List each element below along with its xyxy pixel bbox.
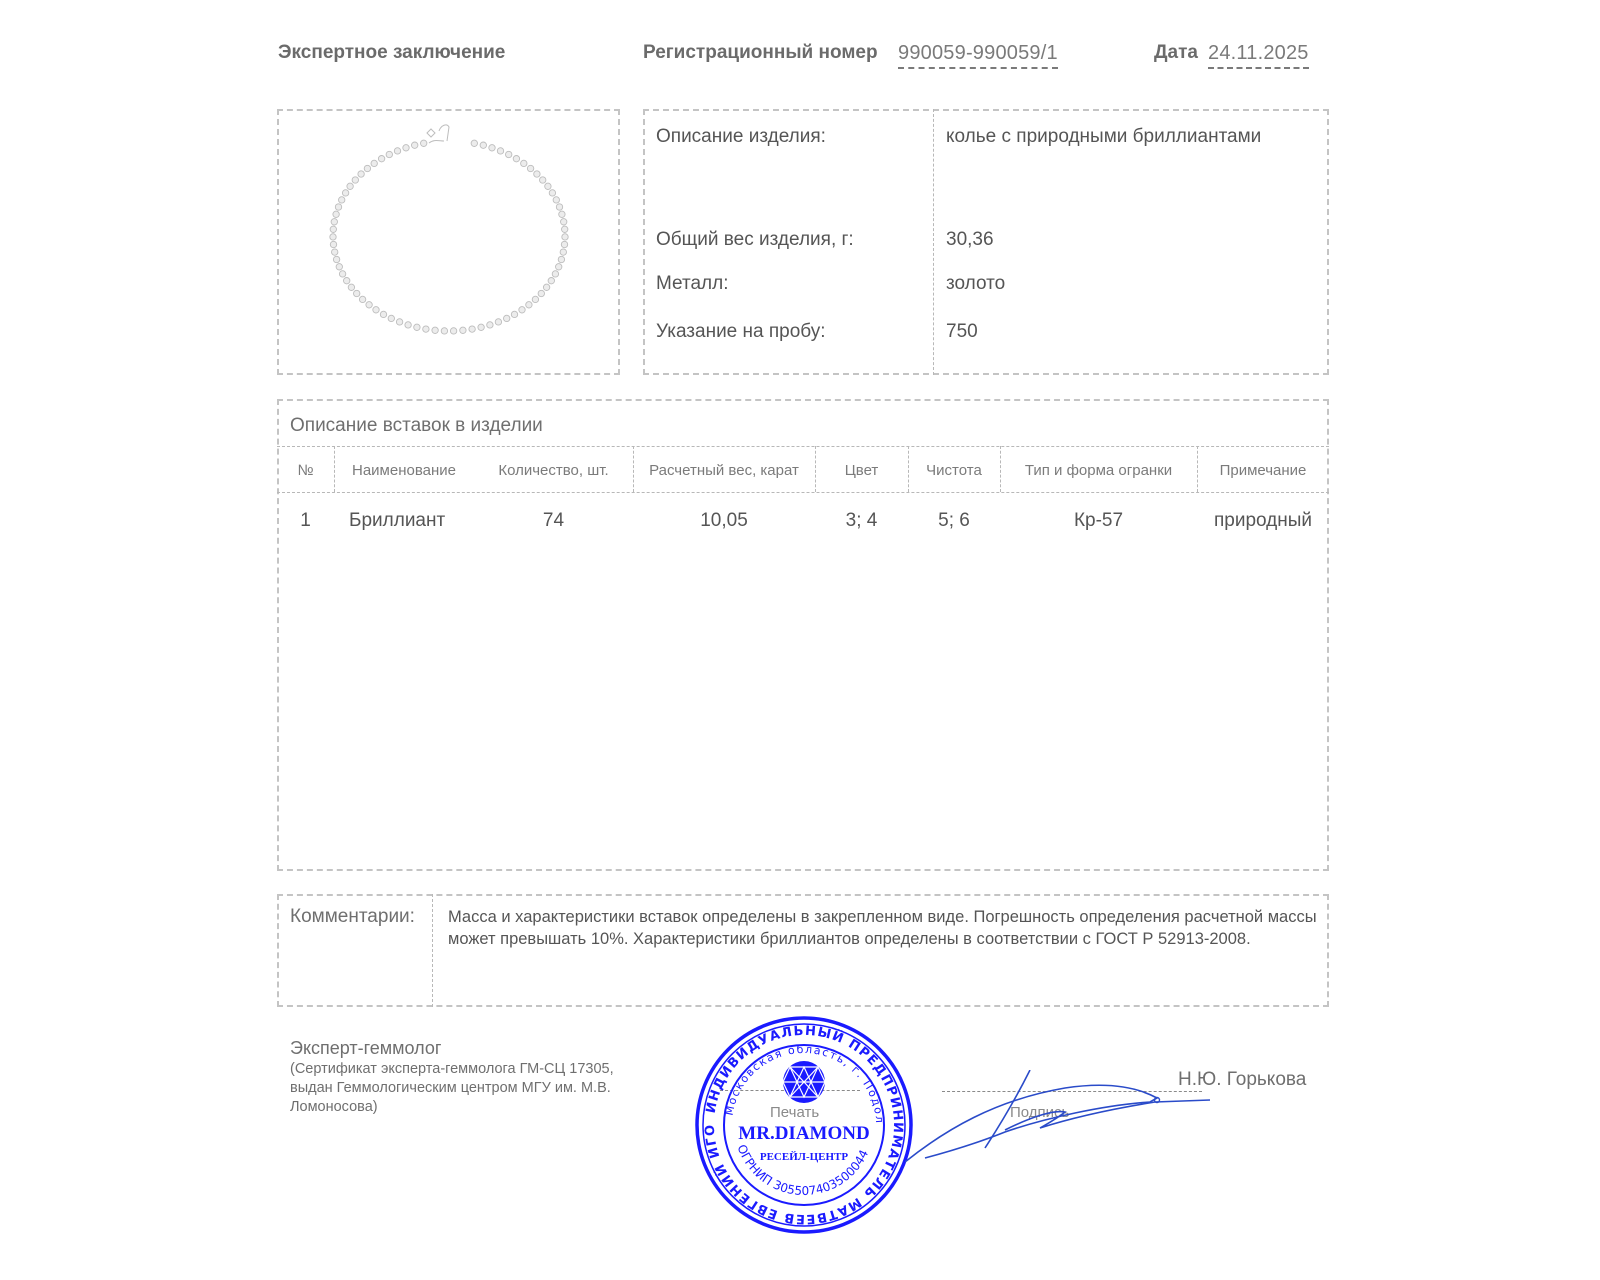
date-value: 24.11.2025 xyxy=(1208,42,1309,69)
hallmark-label: Указание на пробу: xyxy=(656,321,826,343)
company-stamp-icon: ИНДИВИДУАЛЬНЫЙ ПРЕДПРИНИМАТЕЛЬ МАТВЕЕВ Е… xyxy=(694,1015,914,1235)
signature-icon xyxy=(905,1070,1225,1165)
cell-number: 1 xyxy=(277,510,334,532)
svg-text:MR.DIAMOND: MR.DIAMOND xyxy=(738,1123,869,1144)
cell-note: природный xyxy=(1197,510,1329,532)
document-title: Экспертное заключение xyxy=(278,42,505,64)
svg-text:РЕСЕЙЛ-ЦЕНТР: РЕСЕЙЛ-ЦЕНТР xyxy=(760,1151,849,1163)
product-photo xyxy=(277,109,620,375)
hallmark-value: 750 xyxy=(946,321,978,343)
inserts-header-top-line xyxy=(277,446,1329,447)
column-header-name: Наименование xyxy=(334,462,474,479)
diamond-icon xyxy=(783,1061,825,1103)
inserts-header-bottom-line xyxy=(277,492,1329,493)
column-header-quantity: Количество, шт. xyxy=(474,462,633,479)
column-header-weight: Расчетный вес, карат xyxy=(633,462,815,479)
cell-color: 3; 4 xyxy=(815,510,908,532)
cell-name: Бриллиант xyxy=(349,510,445,532)
column-header-clarity: Чистота xyxy=(908,462,1000,479)
comments-divider xyxy=(432,894,433,1007)
expert-title: Эксперт-геммолог xyxy=(290,1038,441,1059)
expert-certificate: (Сертификат эксперта-геммолога ГМ-СЦ 173… xyxy=(290,1060,660,1117)
comments-text: Масса и характеристики вставок определен… xyxy=(448,906,1328,950)
column-header-cut: Тип и форма огранки xyxy=(1000,462,1197,479)
description-value: колье с природными бриллиантами xyxy=(946,126,1261,148)
description-label: Описание изделия: xyxy=(656,126,826,148)
registration-number: 990059-990059/1 xyxy=(898,42,1058,69)
metal-value: золото xyxy=(946,273,1005,295)
column-header-color: Цвет xyxy=(815,462,908,479)
registration-label: Регистрационный номер xyxy=(643,42,878,64)
date-label: Дата xyxy=(1154,42,1198,64)
comments-label: Комментарии: xyxy=(290,906,415,928)
cell-cut: Кр-57 xyxy=(1000,510,1197,532)
weight-value: 30,36 xyxy=(946,229,994,251)
metal-label: Металл: xyxy=(656,273,728,295)
details-divider xyxy=(933,109,934,375)
weight-label: Общий вес изделия, г: xyxy=(656,229,854,251)
cell-quantity: 74 xyxy=(474,510,633,532)
inserts-title: Описание вставок в изделии xyxy=(290,415,543,437)
column-header-number: № xyxy=(277,462,334,479)
cell-clarity: 5; 6 xyxy=(908,510,1000,532)
column-header-note: Примечание xyxy=(1197,462,1329,479)
cell-weight: 10,05 xyxy=(633,510,815,532)
necklace-photo-icon xyxy=(279,111,618,373)
